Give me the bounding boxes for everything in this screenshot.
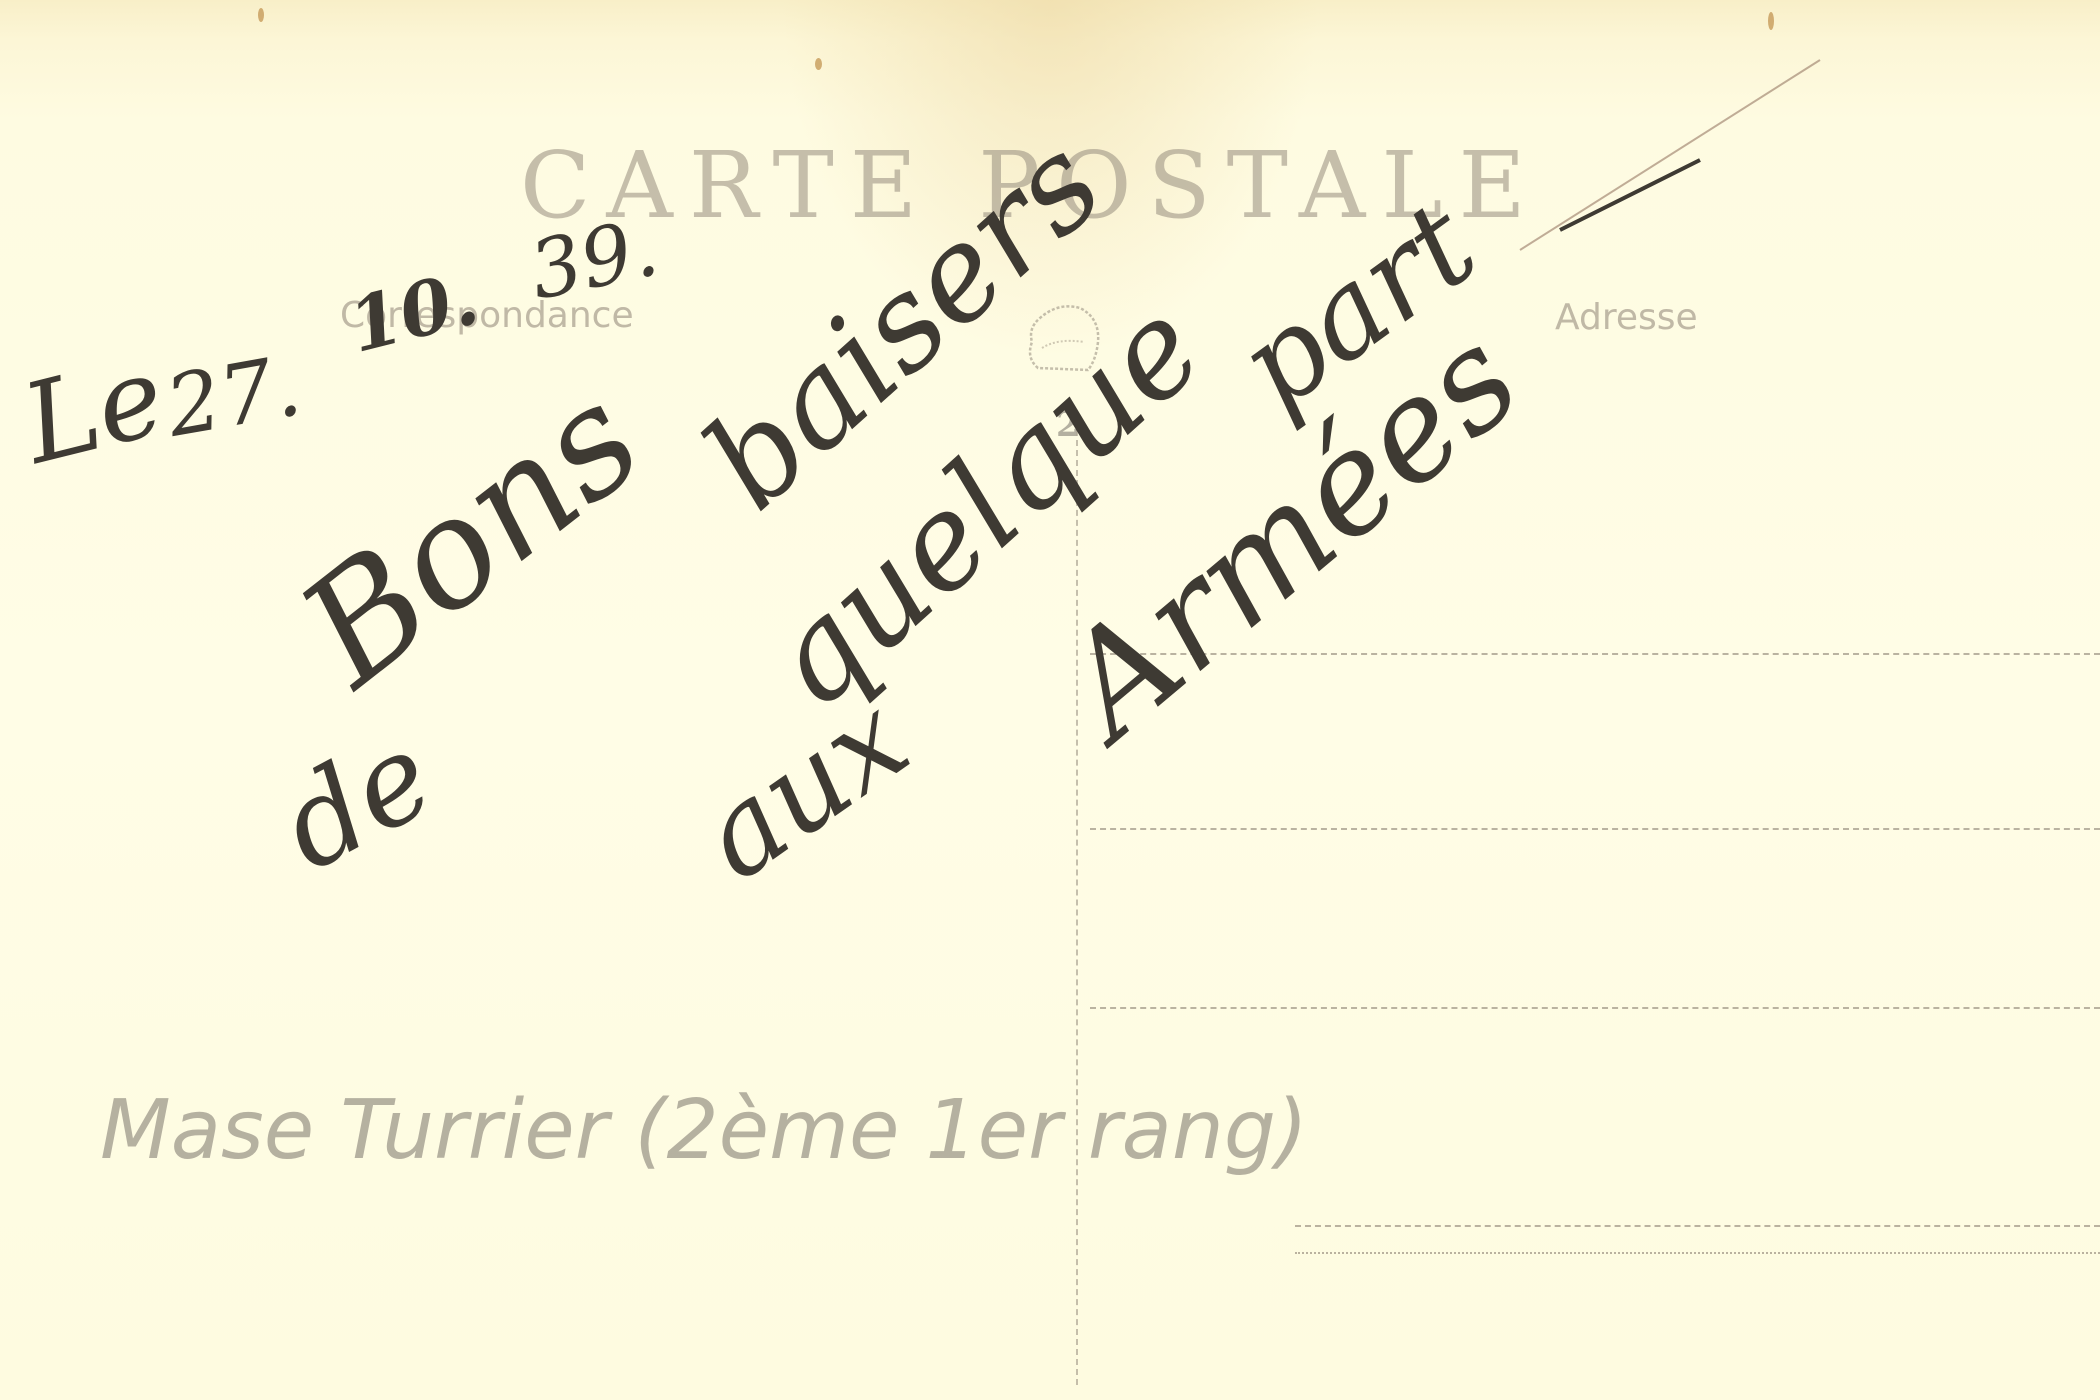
address-line-5 xyxy=(1295,1252,2100,1254)
stain-mark xyxy=(1768,12,1774,30)
address-line-4 xyxy=(1295,1225,2100,1227)
handwritten-date-prefix: Le xyxy=(13,340,174,480)
address-line-3 xyxy=(1090,1007,2100,1009)
center-divider xyxy=(1076,420,1078,1385)
adresse-label: Adresse xyxy=(1555,300,1698,336)
stain-mark xyxy=(815,58,822,70)
pen-stroke-flourish xyxy=(1500,50,1840,270)
pencil-note: Mase Turrier (2ème 1er rang) xyxy=(100,1090,1308,1172)
address-line-2 xyxy=(1090,828,2100,830)
stain-mark xyxy=(258,8,264,22)
handwritten-date-day: 27. xyxy=(160,343,306,449)
